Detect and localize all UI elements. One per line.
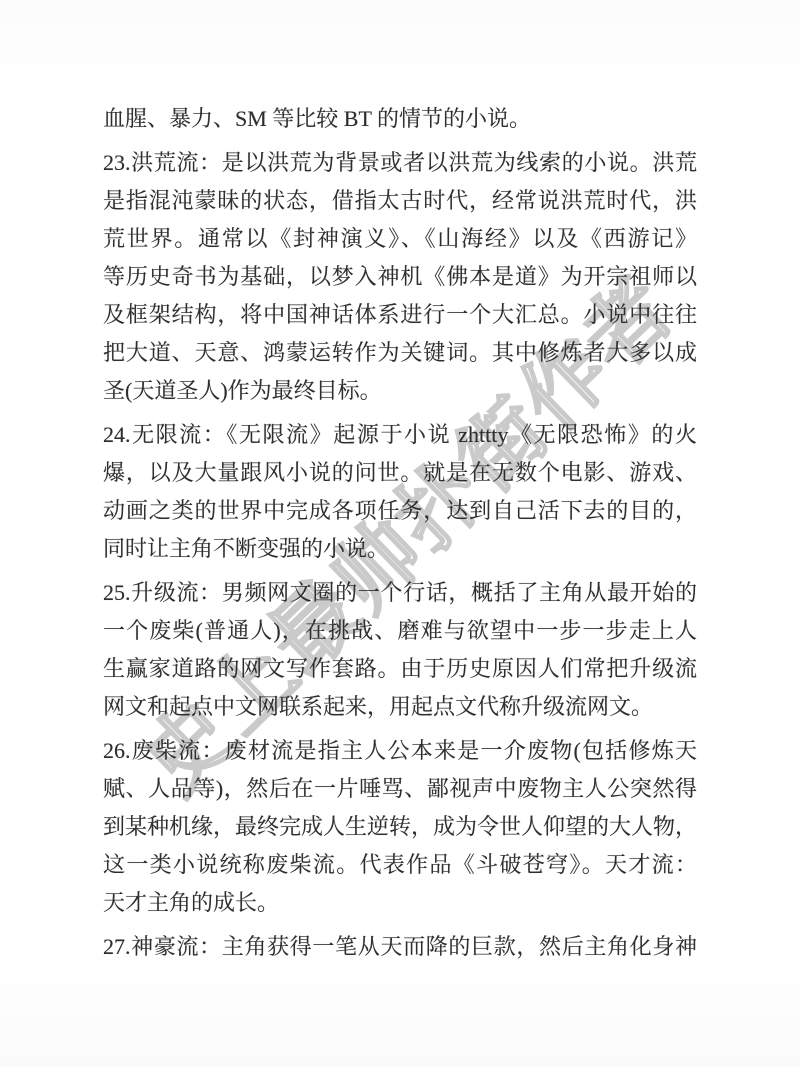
text-line: 等历史奇书为基础，以梦入神机《佛本是道》为开宗祖师以 [103, 258, 697, 296]
text-line: 赋、人品等)，然后在一片唾骂、鄙视声中废物主人公突然得 [103, 770, 697, 808]
text-line: 动画之类的世界中完成各项任务，达到自己活下去的目的， [103, 492, 697, 530]
scanned-document-page: 史上最帅扑街作者 血腥、暴力、SM 等比较 BT 的情节的小说。23.洪荒流：是… [0, 0, 800, 1067]
text-line: 同时让主角不断变强的小说。 [103, 530, 697, 568]
text-line: 生赢家道路的网文写作套路。由于历史原因人们常把升级流 [103, 650, 697, 688]
text-line: 一个废柴(普通人)，在挑战、磨难与欲望中一步一步走上人 [103, 612, 697, 650]
paragraph: 24.无限流：《无限流》起源于小说 zhttty《无限恐怖》的火爆，以及大量跟风… [103, 416, 697, 568]
document-body: 血腥、暴力、SM 等比较 BT 的情节的小说。23.洪荒流：是以洪荒为背景或者以… [0, 0, 800, 966]
text-line: 网文和起点中文网联系起来，用起点文代称升级流网文。 [103, 688, 697, 726]
text-line: 23.洪荒流：是以洪荒为背景或者以洪荒为线索的小说。洪荒 [103, 144, 697, 182]
text-line: 荒世界。通常以《封神演义》、《山海经》以及《西游记》 [103, 220, 697, 258]
text-line: 24.无限流：《无限流》起源于小说 zhttty《无限恐怖》的火 [103, 416, 697, 454]
text-line: 及框架结构，将中国神话体系进行一个大汇总。小说中往往 [103, 296, 697, 334]
text-line: 25.升级流：男频网文圈的一个行话，概括了主角从最开始的 [103, 574, 697, 612]
text-line: 天才主角的成长。 [103, 884, 697, 922]
paragraph: 23.洪荒流：是以洪荒为背景或者以洪荒为线索的小说。洪荒是指混沌蒙昧的状态，借指… [103, 144, 697, 410]
text-line: 爆，以及大量跟风小说的问世。就是在无数个电影、游戏、 [103, 454, 697, 492]
text-line: 26.废柴流：废材流是指主人公本来是一介废物(包括修炼天 [103, 732, 697, 770]
text-line: 圣(天道圣人)作为最终目标。 [103, 372, 697, 410]
text-line: 是指混沌蒙昧的状态，借指太古时代，经常说洪荒时代，洪 [103, 182, 697, 220]
paragraph: 27.神豪流：主角获得一笔从天而降的巨款，然后主角化身神 [103, 928, 697, 966]
text-line: 27.神豪流：主角获得一笔从天而降的巨款，然后主角化身神 [103, 928, 697, 966]
paragraph: 25.升级流：男频网文圈的一个行话，概括了主角从最开始的一个废柴(普通人)，在挑… [103, 574, 697, 726]
text-line: 把大道、天意、鸿蒙运转作为关键词。其中修炼者大多以成 [103, 334, 697, 372]
text-line: 到某种机缘，最终完成人生逆转，成为令世人仰望的大人物， [103, 808, 697, 846]
paragraph: 血腥、暴力、SM 等比较 BT 的情节的小说。 [103, 100, 697, 138]
text-line: 血腥、暴力、SM 等比较 BT 的情节的小说。 [103, 100, 697, 138]
text-line: 这一类小说统称废柴流。代表作品《斗破苍穹》。天才流： [103, 846, 697, 884]
paragraph: 26.废柴流：废材流是指主人公本来是一介废物(包括修炼天赋、人品等)，然后在一片… [103, 732, 697, 922]
